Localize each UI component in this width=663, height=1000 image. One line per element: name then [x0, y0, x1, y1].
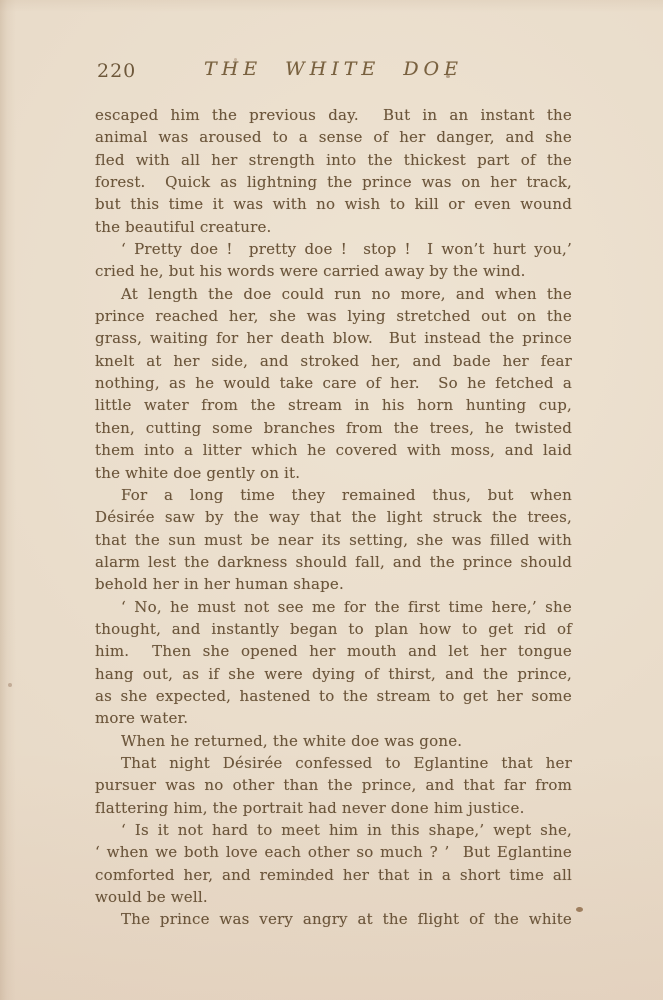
text-line: ‘ Pretty doe ! pretty doe ! stop ! I won… [95, 238, 572, 260]
text-line: grass, waiting for her death blow. But i… [95, 327, 572, 349]
text-line: pursuer was no other than the prince, an… [95, 774, 572, 796]
text-line: would be well. [95, 886, 572, 908]
text-line: cried he, but his words were carried awa… [95, 260, 572, 282]
text-line: alarm lest the darkness should fall, and… [95, 551, 572, 573]
text-line: At length the doe could run no more, and… [95, 283, 572, 305]
text-line: That night Désirée confessed to Eglantin… [95, 752, 572, 774]
text-line: the beautiful creature. [95, 216, 572, 238]
text-line: him. Then she opened her mouth and let h… [95, 640, 572, 662]
text-line: comforted her, and reminded her that in … [95, 864, 572, 886]
ink-speck [446, 75, 450, 78]
text-line: knelt at her side, and stroked her, and … [95, 350, 572, 372]
text-line: the white doe gently on it. [95, 462, 572, 484]
text-line: escaped him the previous day. But in an … [95, 104, 572, 126]
text-line: animal was aroused to a sense of her dan… [95, 126, 572, 148]
ink-speck [234, 58, 237, 61]
ink-speck [304, 878, 307, 881]
text-line: Désirée saw by the way that the light st… [95, 506, 572, 528]
page-title: THE WHITE DOE [95, 58, 572, 80]
text-line: them into a litter which he covered with… [95, 439, 572, 461]
text-line: thought, and instantly began to plan how… [95, 618, 572, 640]
text-line: prince reached her, she was lying stretc… [95, 305, 572, 327]
book-page-scan: 220 THE WHITE DOE escaped him the previo… [0, 0, 663, 1000]
text-line: fled with all her strength into the thic… [95, 149, 572, 171]
text-line: The prince was very angry at the flight … [95, 908, 572, 930]
text-line: ‘ No, he must not see me for the first t… [95, 596, 572, 618]
text-line: forest. Quick as lightning the prince wa… [95, 171, 572, 193]
text-line: flattering him, the portrait had never d… [95, 797, 572, 819]
text-line: little water from the stream in his horn… [95, 394, 572, 416]
text-line: nothing, as he would take care of her. S… [95, 372, 572, 394]
text-line: but this time it was with no wish to kil… [95, 193, 572, 215]
ink-speck [8, 683, 12, 687]
text-line: more water. [95, 707, 572, 729]
text-line: that the sun must be near its setting, s… [95, 529, 572, 551]
text-line: then, cutting some branches from the tre… [95, 417, 572, 439]
text-line: For a long time they remained thus, but … [95, 484, 572, 506]
text-line: When he returned, the white doe was gone… [95, 730, 572, 752]
text-line: ‘ when we both love each other so much ?… [95, 841, 572, 863]
text-block: escaped him the previous day. But in an … [95, 104, 572, 931]
text-line: behold her in her human shape. [95, 573, 572, 595]
running-head: 220 THE WHITE DOE [95, 58, 572, 88]
text-line: as she expected, hastened to the stream … [95, 685, 572, 707]
text-line: ‘ Is it not hard to meet him in this sha… [95, 819, 572, 841]
ink-speck [576, 907, 583, 912]
text-line: hang out, as if she were dying of thirst… [95, 663, 572, 685]
